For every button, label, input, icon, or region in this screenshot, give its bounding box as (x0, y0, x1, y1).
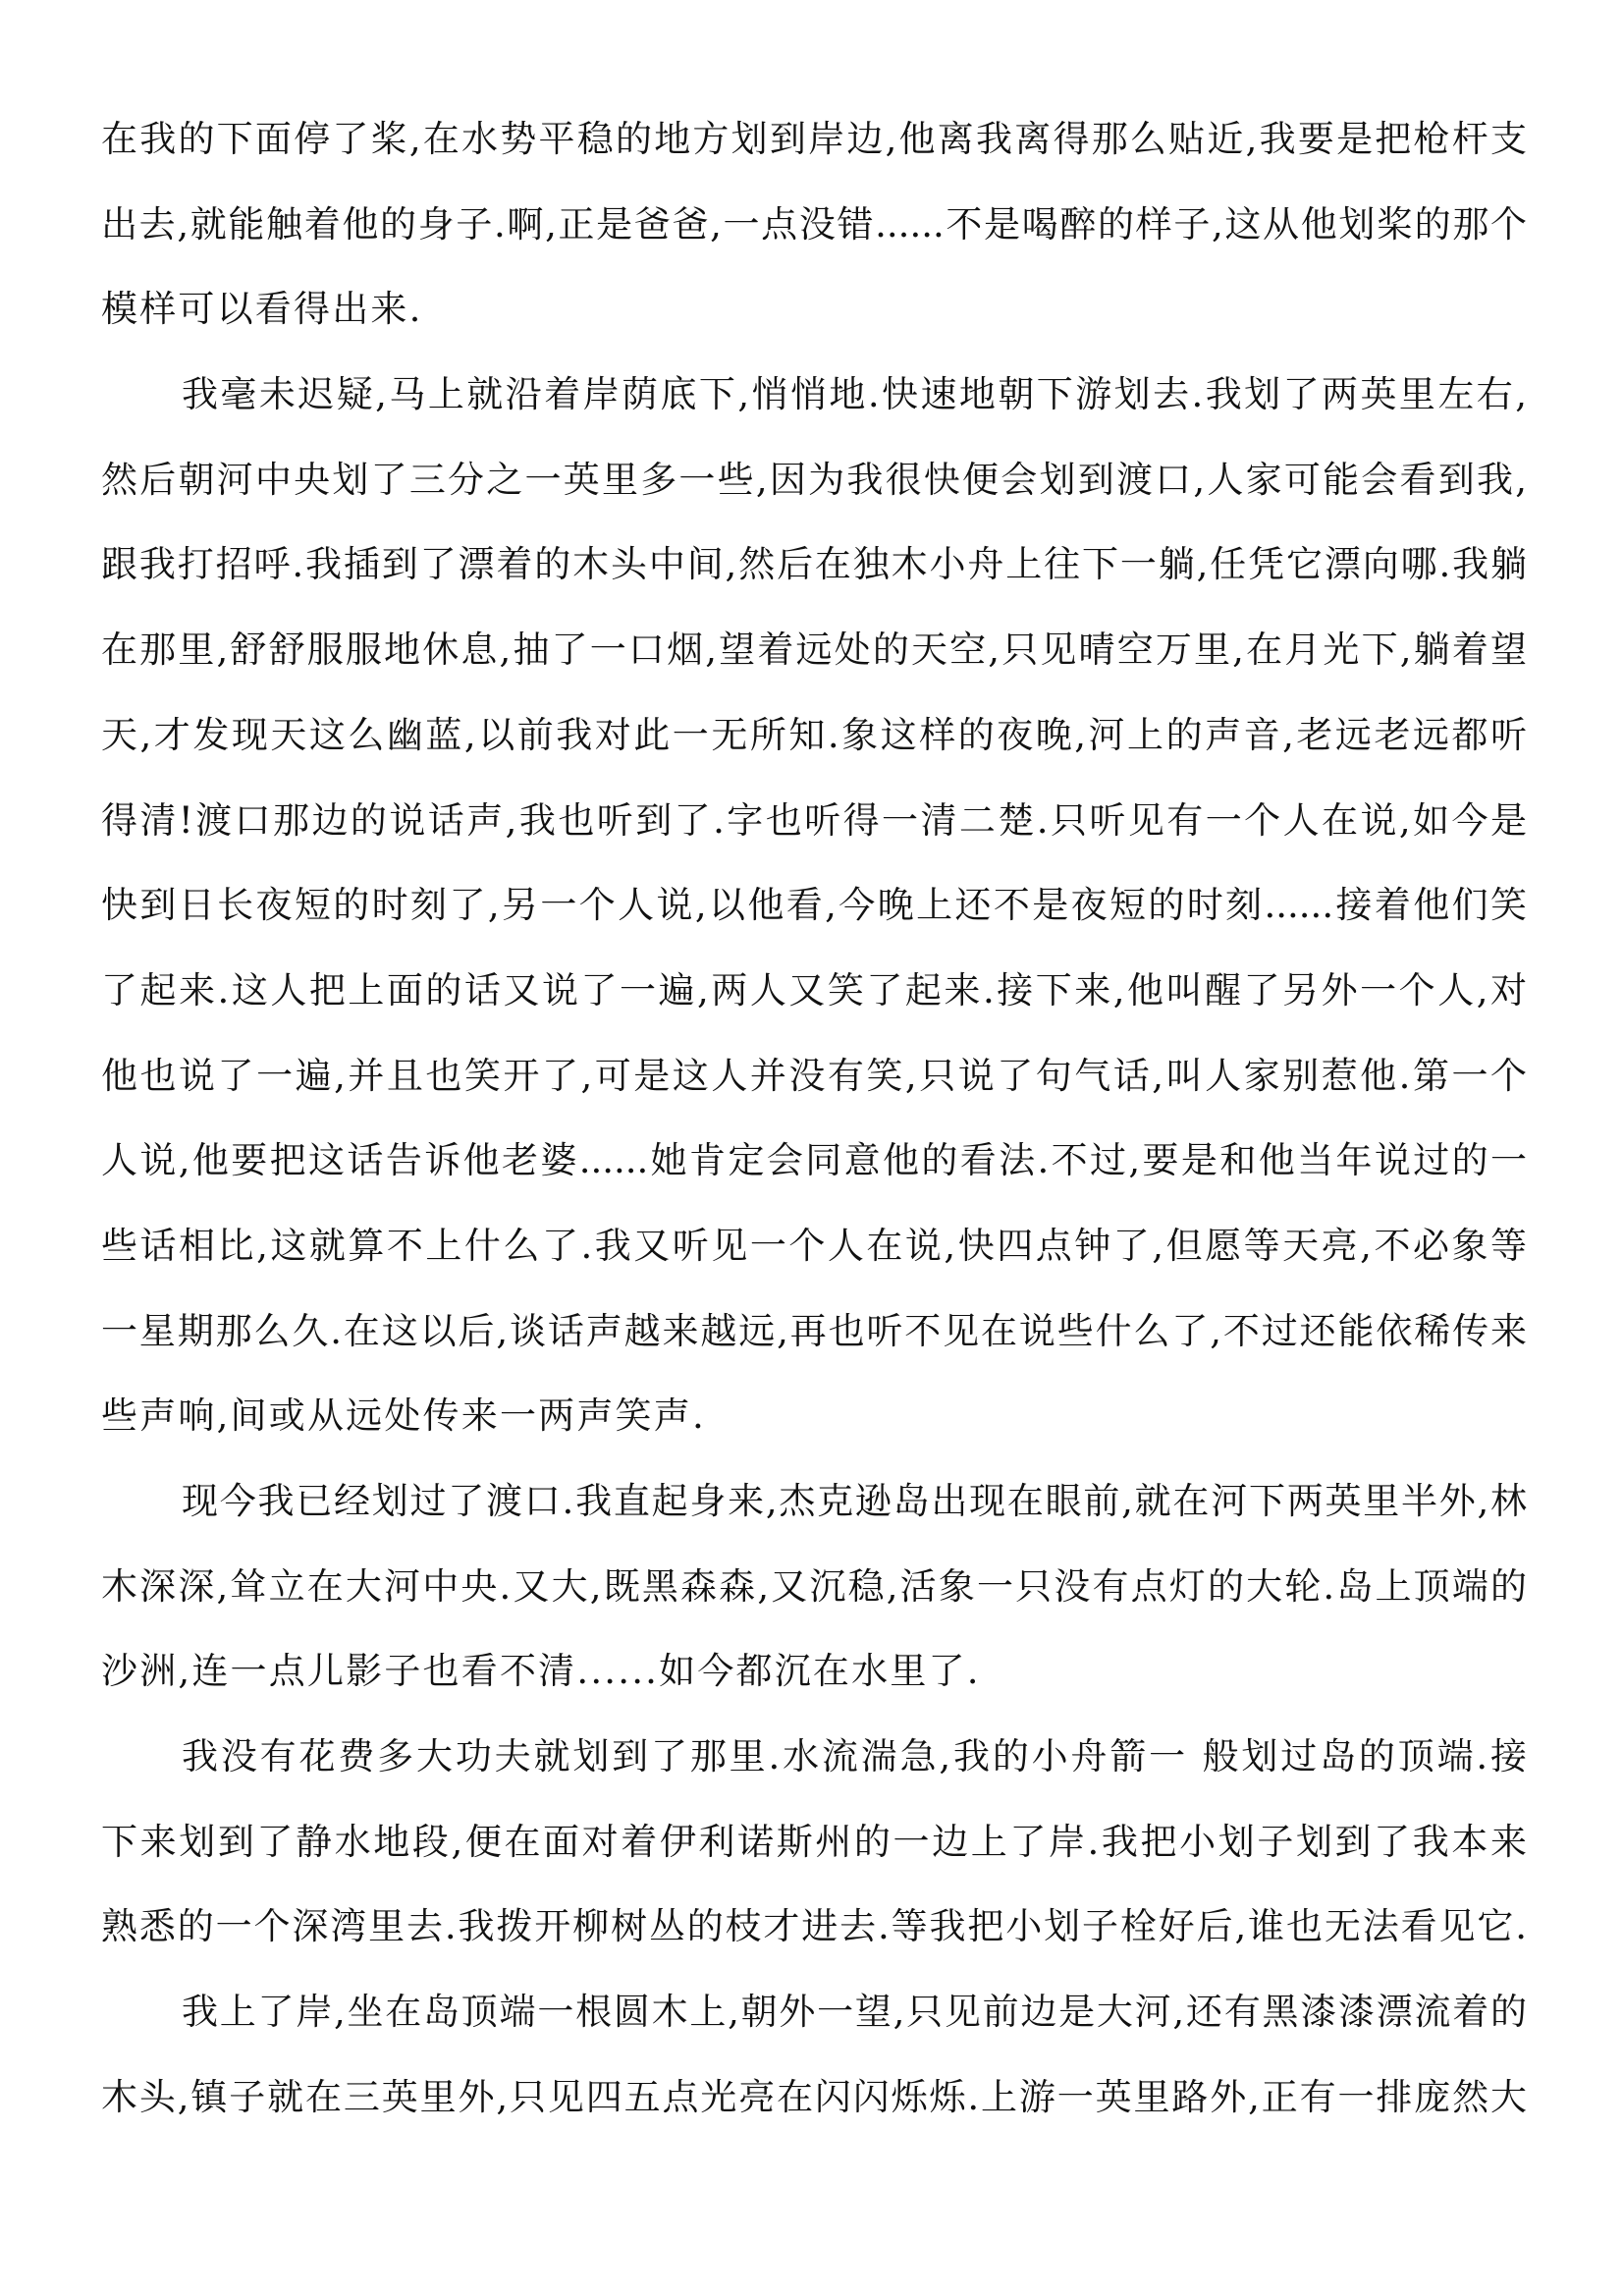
text-line: 他也说了一遍,并且也笑开了,可是这人并没有笑,只说了句气话,叫人家别惹他.第一个 (101, 1034, 1527, 1120)
text-line: 在那里,舒舒服服地休息,抽了一口烟,望着远处的天空,只见晴空万里,在月光下,躺着… (101, 608, 1527, 693)
text-line: 木头,镇子就在三英里外,只见四五点光亮在闪闪烁烁.上游一英里路外,正有一排庞然大 (101, 2055, 1527, 2141)
text-line: 熟悉的一个深湾里去.我拨开柳树丛的枝才进去.等我把小划子栓好后,谁也无法看见它. (101, 1885, 1527, 1970)
text-line: 人说,他要把这话告诉他老婆......她肯定会同意他的看法.不过,要是和他当年说… (101, 1119, 1527, 1204)
text-line: 现今我已经划过了渡口.我直起身来,杰克逊岛出现在眼前,就在河下两英里半外,林 (101, 1459, 1527, 1545)
text-line: 些声响,间或从远处传来一两声笑声. (101, 1374, 1527, 1459)
text-line: 我没有花费多大功夫就划到了那里.水流湍急,我的小舟箭一 般划过岛的顶端.接 (101, 1715, 1527, 1800)
text-line: 木深深,耸立在大河中央.又大,既黑森森,又沉稳,活象一只没有点灯的大轮.岛上顶端… (101, 1545, 1527, 1630)
text-line: 在我的下面停了桨,在水势平稳的地方划到岸边,他离我离得那么贴近,我要是把枪杆支 (101, 97, 1527, 183)
text-line: 我毫未迟疑,马上就沿着岸荫底下,悄悄地.快速地朝下游划去.我划了两英里左右, (101, 353, 1527, 438)
text-line: 快到日长夜短的时刻了,另一个人说,以他看,今晚上还不是夜短的时刻......接着… (101, 863, 1527, 949)
paragraph-5: 我上了岸,坐在岛顶端一根圆木上,朝外一望,只见前边是大河,还有黑漆漆漂流着的 木… (101, 1970, 1527, 2140)
paragraph-4: 我没有花费多大功夫就划到了那里.水流湍急,我的小舟箭一 般划过岛的顶端.接 下来… (101, 1715, 1527, 1970)
text-line: 天,才发现天这么幽蓝,以前我对此一无所知.象这样的夜晚,河上的声音,老远老远都听 (101, 693, 1527, 779)
text-line: 些话相比,这就算不上什么了.我又听见一个人在说,快四点钟了,但愿等天亮,不必象等 (101, 1204, 1527, 1289)
text-line: 出去,就能触着他的身子.啊,正是爸爸,一点没错......不是喝醉的样子,这从他… (101, 183, 1527, 268)
text-line: 然后朝河中央划了三分之一英里多一些,因为我很快便会划到渡口,人家可能会看到我, (101, 438, 1527, 523)
text-line: 一星期那么久.在这以后,谈话声越来越远,再也听不见在说些什么了,不过还能依稀传来 (101, 1289, 1527, 1375)
document-page: 在我的下面停了桨,在水势平稳的地方划到岸边,他离我离得那么贴近,我要是把枪杆支 … (101, 97, 1527, 2141)
text-line: 模样可以看得出来. (101, 267, 1527, 353)
paragraph-3: 现今我已经划过了渡口.我直起身来,杰克逊岛出现在眼前,就在河下两英里半外,林 木… (101, 1459, 1527, 1715)
paragraph-2: 我毫未迟疑,马上就沿着岸荫底下,悄悄地.快速地朝下游划去.我划了两英里左右, 然… (101, 353, 1527, 1459)
text-line: 下来划到了静水地段,便在面对着伊利诺斯州的一边上了岸.我把小划子划到了我本来 (101, 1800, 1527, 1886)
text-line: 我上了岸,坐在岛顶端一根圆木上,朝外一望,只见前边是大河,还有黑漆漆漂流着的 (101, 1970, 1527, 2055)
text-line: 沙洲,连一点儿影子也看不清......如今都沉在水里了. (101, 1629, 1527, 1715)
text-line: 跟我打招呼.我插到了漂着的木头中间,然后在独木小舟上往下一躺,任凭它漂向哪.我躺 (101, 522, 1527, 608)
text-line: 了起来.这人把上面的话又说了一遍,两人又笑了起来.接下来,他叫醒了另外一个人,对 (101, 949, 1527, 1034)
text-line: 得清!渡口那边的说话声,我也听到了.字也听得一清二楚.只听见有一个人在说,如今是 (101, 779, 1527, 864)
paragraph-1: 在我的下面停了桨,在水势平稳的地方划到岸边,他离我离得那么贴近,我要是把枪杆支 … (101, 97, 1527, 353)
